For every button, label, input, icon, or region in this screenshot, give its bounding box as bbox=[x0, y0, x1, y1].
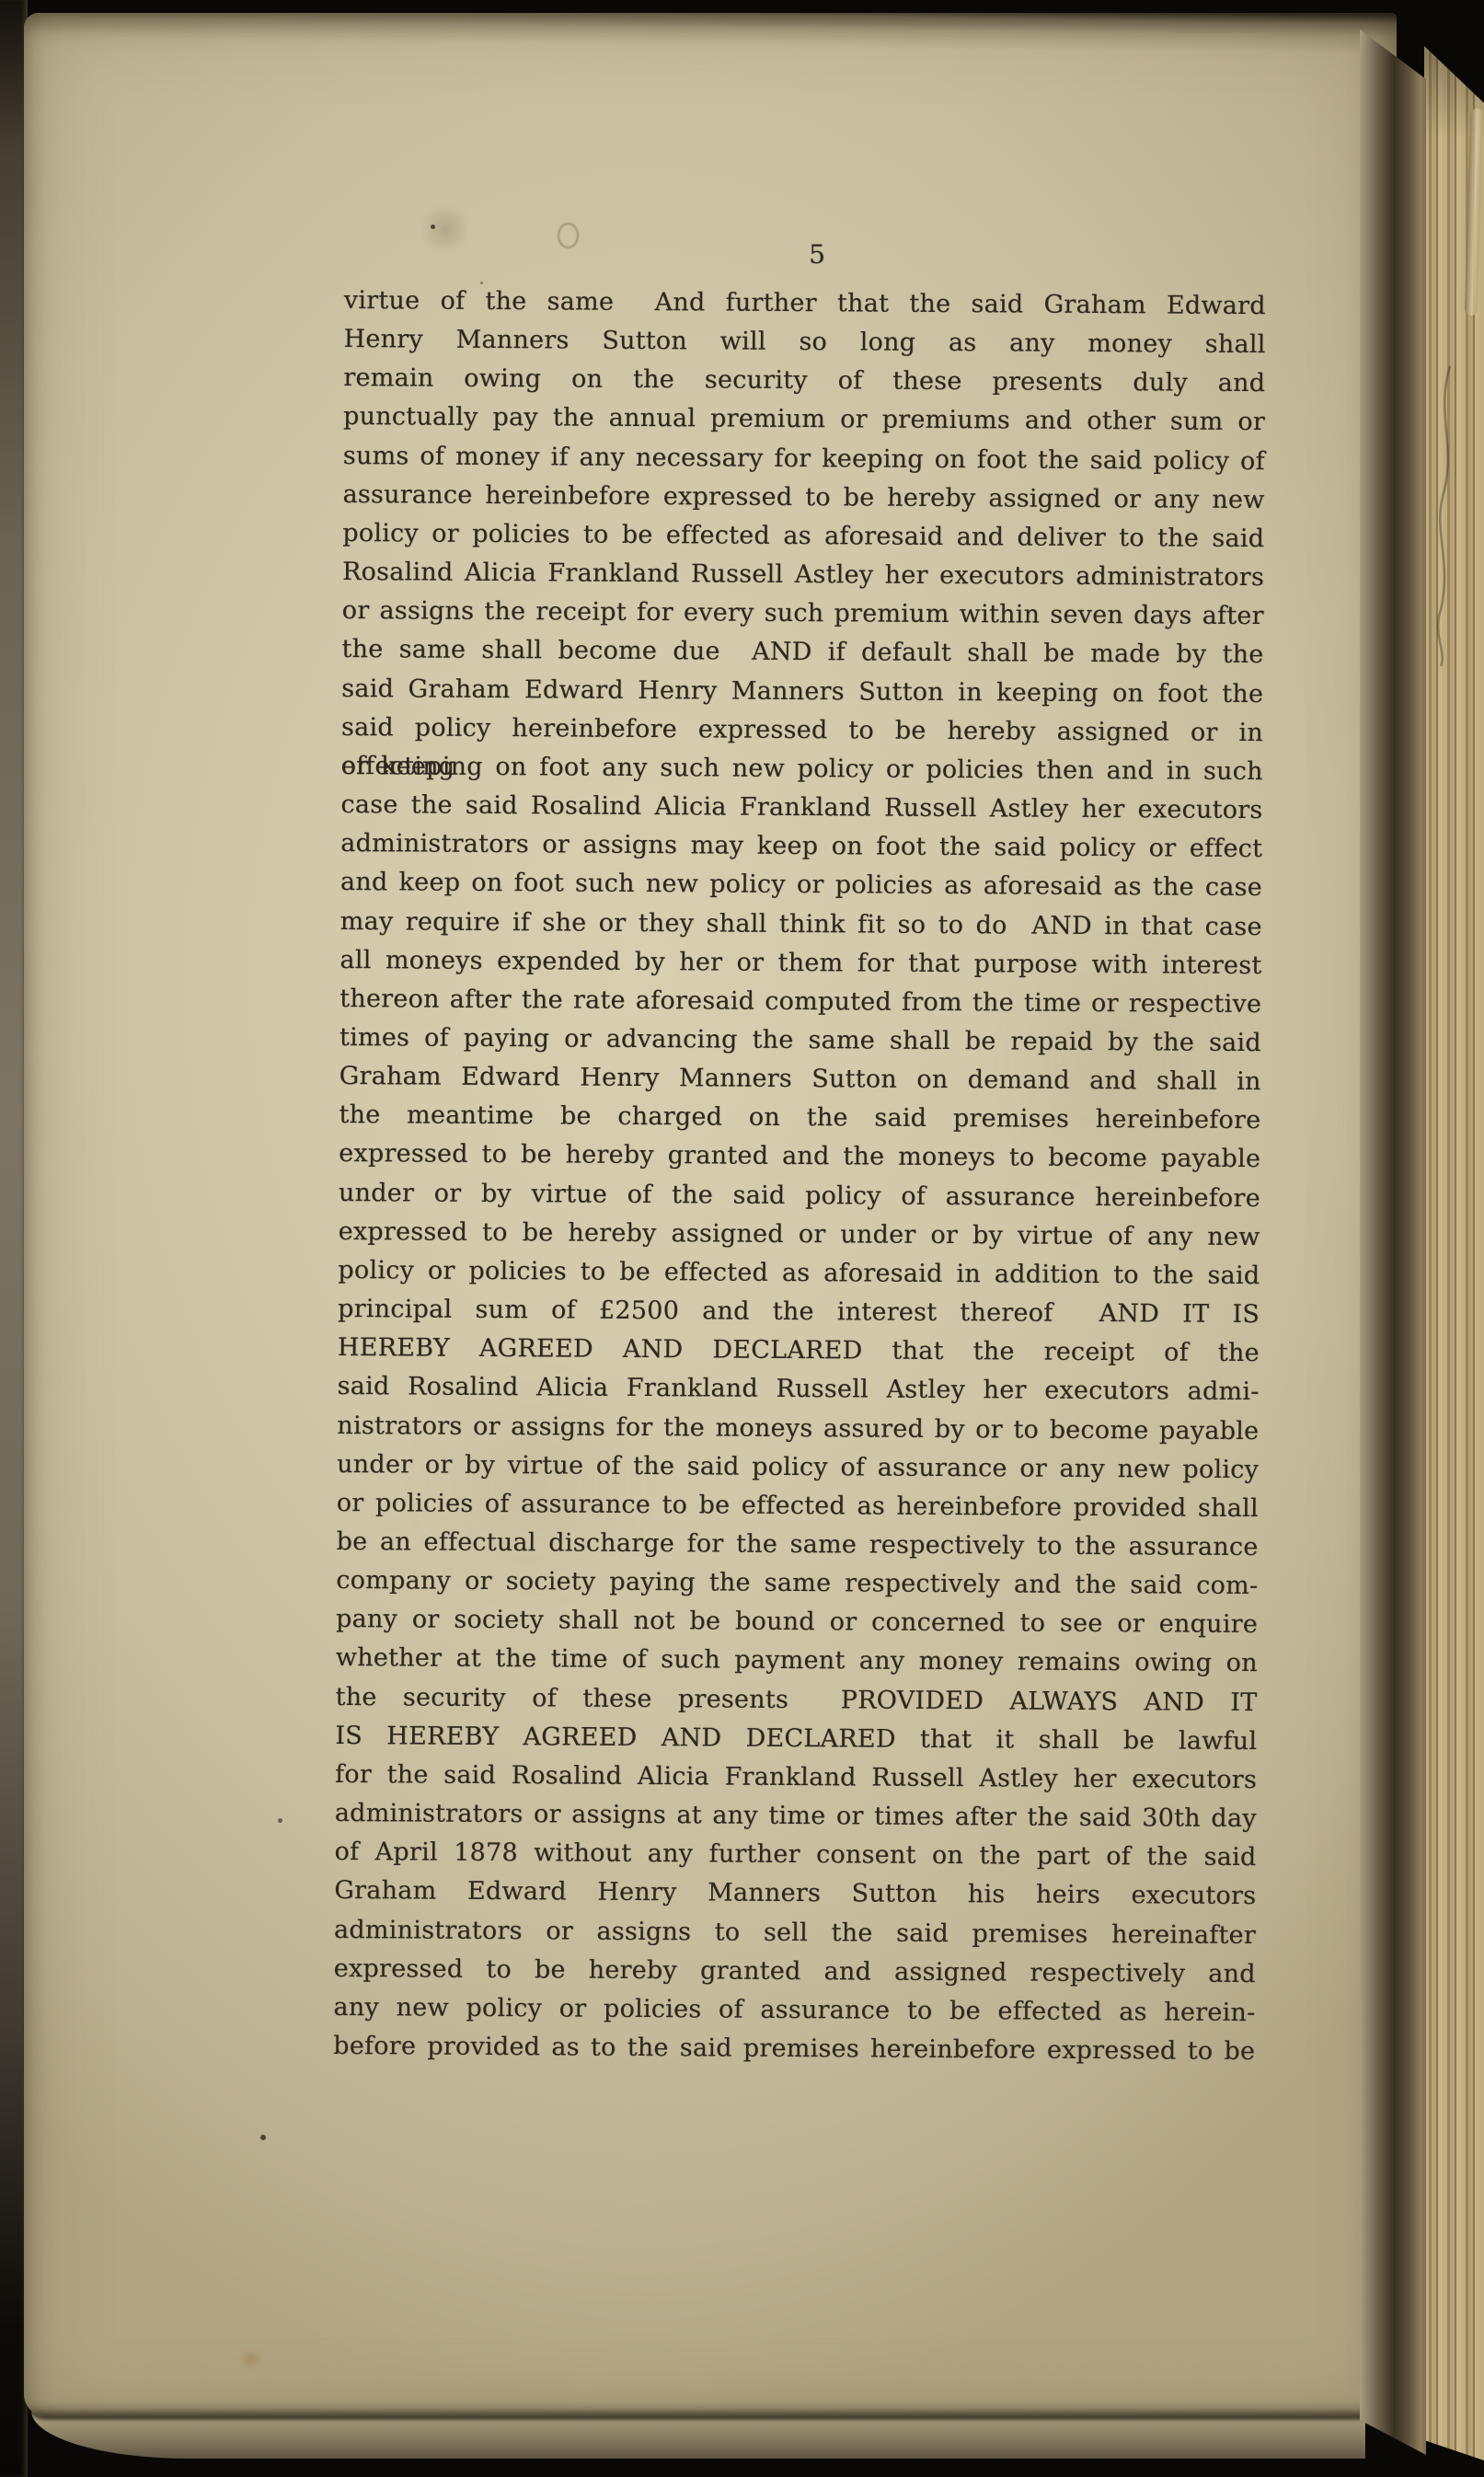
fore-edge-ink-mark bbox=[1426, 359, 1467, 672]
text-line: Rosalind Alicia Frankland Russell Astley… bbox=[342, 553, 1264, 597]
text-line: Graham Edward Henry Manners Sutton on de… bbox=[339, 1057, 1261, 1101]
text-line: the same shall become due AND if default… bbox=[341, 630, 1263, 674]
text-line: all moneys expended by her or them for t… bbox=[339, 941, 1261, 985]
text-line: administrators or assigns may keep on fo… bbox=[340, 824, 1262, 869]
text-line: under or by virtue of the said policy of… bbox=[339, 1174, 1260, 1218]
text-line: expressed to be hereby granted and assig… bbox=[334, 1950, 1256, 1994]
text-line: or keeping on foot any such new policy o… bbox=[341, 747, 1263, 791]
text-line: thereon after the rate aforesaid compute… bbox=[339, 980, 1261, 1024]
page-gutter-shadow bbox=[1360, 0, 1426, 2457]
text-line: company or society paying the same respe… bbox=[336, 1561, 1258, 1606]
text-line: of April 1878 without any further consen… bbox=[334, 1833, 1256, 1877]
text-line: administrators or assigns to sell the sa… bbox=[334, 1911, 1256, 1955]
page-number: 5 bbox=[771, 239, 863, 270]
text-line: times of paying or advancing the same sh… bbox=[339, 1019, 1261, 1063]
paper-smudge bbox=[420, 206, 471, 252]
text-line: be an effectual discharge for the same r… bbox=[336, 1523, 1258, 1567]
text-line: the security of these presents PROVIDED … bbox=[335, 1678, 1257, 1722]
text-line: IS HEREBY AGREED AND DECLARED that it sh… bbox=[335, 1717, 1257, 1761]
text-line: expressed to be hereby granted and the m… bbox=[339, 1135, 1260, 1179]
text-line: said Graham Edward Henry Manners Sutton … bbox=[341, 670, 1263, 714]
text-line: principal sum of £2500 and the interest … bbox=[338, 1290, 1260, 1334]
text-line: remain owing on the security of these pr… bbox=[343, 359, 1265, 403]
text-line: policy or policies to be effected as afo… bbox=[342, 514, 1264, 559]
text-line: the meantime be charged on the said prem… bbox=[339, 1096, 1260, 1140]
text-line: said policy hereinbefore expressed to be… bbox=[341, 709, 1263, 753]
text-line: said Rosalind Alicia Frankland Russell A… bbox=[337, 1367, 1259, 1411]
foxing-spot bbox=[240, 2350, 262, 2368]
text-line: Graham Edward Henry Manners Sutton his h… bbox=[334, 1872, 1256, 1916]
text-line: case the said Rosalind Alicia Frankland … bbox=[340, 786, 1262, 830]
text-line: any new policy or policies of assurance … bbox=[333, 1988, 1255, 2033]
paper-ring-stain bbox=[558, 223, 579, 248]
document-page: 5 virtue of the same And further that th… bbox=[24, 13, 1397, 2416]
text-line: or assigns the receipt for every such pr… bbox=[342, 592, 1264, 636]
text-line: virtue of the same And further that the … bbox=[344, 282, 1266, 326]
ink-speck bbox=[260, 2135, 266, 2140]
body-text: virtue of the same And further that the … bbox=[333, 282, 1266, 2071]
book-page-photo: 5 virtue of the same And further that th… bbox=[0, 0, 1484, 2477]
ink-speck bbox=[431, 225, 435, 229]
text-line: Henry Manners Sutton will so long as any… bbox=[343, 320, 1265, 364]
text-line: whether at the time of such payment any … bbox=[336, 1639, 1258, 1683]
text-line: punctually pay the annual premium or pre… bbox=[343, 397, 1265, 442]
text-line: assurance hereinbefore expressed to be h… bbox=[342, 476, 1264, 520]
text-line: expressed to be hereby assigned or under… bbox=[338, 1213, 1260, 1257]
text-line: administrators or assigns at any time or… bbox=[335, 1794, 1257, 1838]
text-line: policy or policies to be effected as afo… bbox=[338, 1251, 1260, 1296]
text-line: may require if she or they shall think f… bbox=[340, 903, 1262, 947]
text-line: and keep on foot such new policy or poli… bbox=[340, 863, 1262, 907]
text-line: before provided as to the said premises … bbox=[333, 2027, 1255, 2071]
text-line: for the said Rosalind Alicia Frankland R… bbox=[335, 1756, 1257, 1800]
text-line: or policies of assurance to be effected … bbox=[337, 1484, 1259, 1528]
text-line: HEREBY AGREED AND DECLARED that the rece… bbox=[338, 1329, 1260, 1373]
ink-speck bbox=[278, 1818, 282, 1823]
text-line: pany or society shall not be bound or co… bbox=[336, 1600, 1258, 1644]
text-line: sums of money if any necessary for keepi… bbox=[343, 437, 1265, 481]
text-line: nistrators or assigns for the moneys ass… bbox=[337, 1407, 1259, 1451]
text-line: under or by virtue of the said policy of… bbox=[337, 1446, 1259, 1490]
